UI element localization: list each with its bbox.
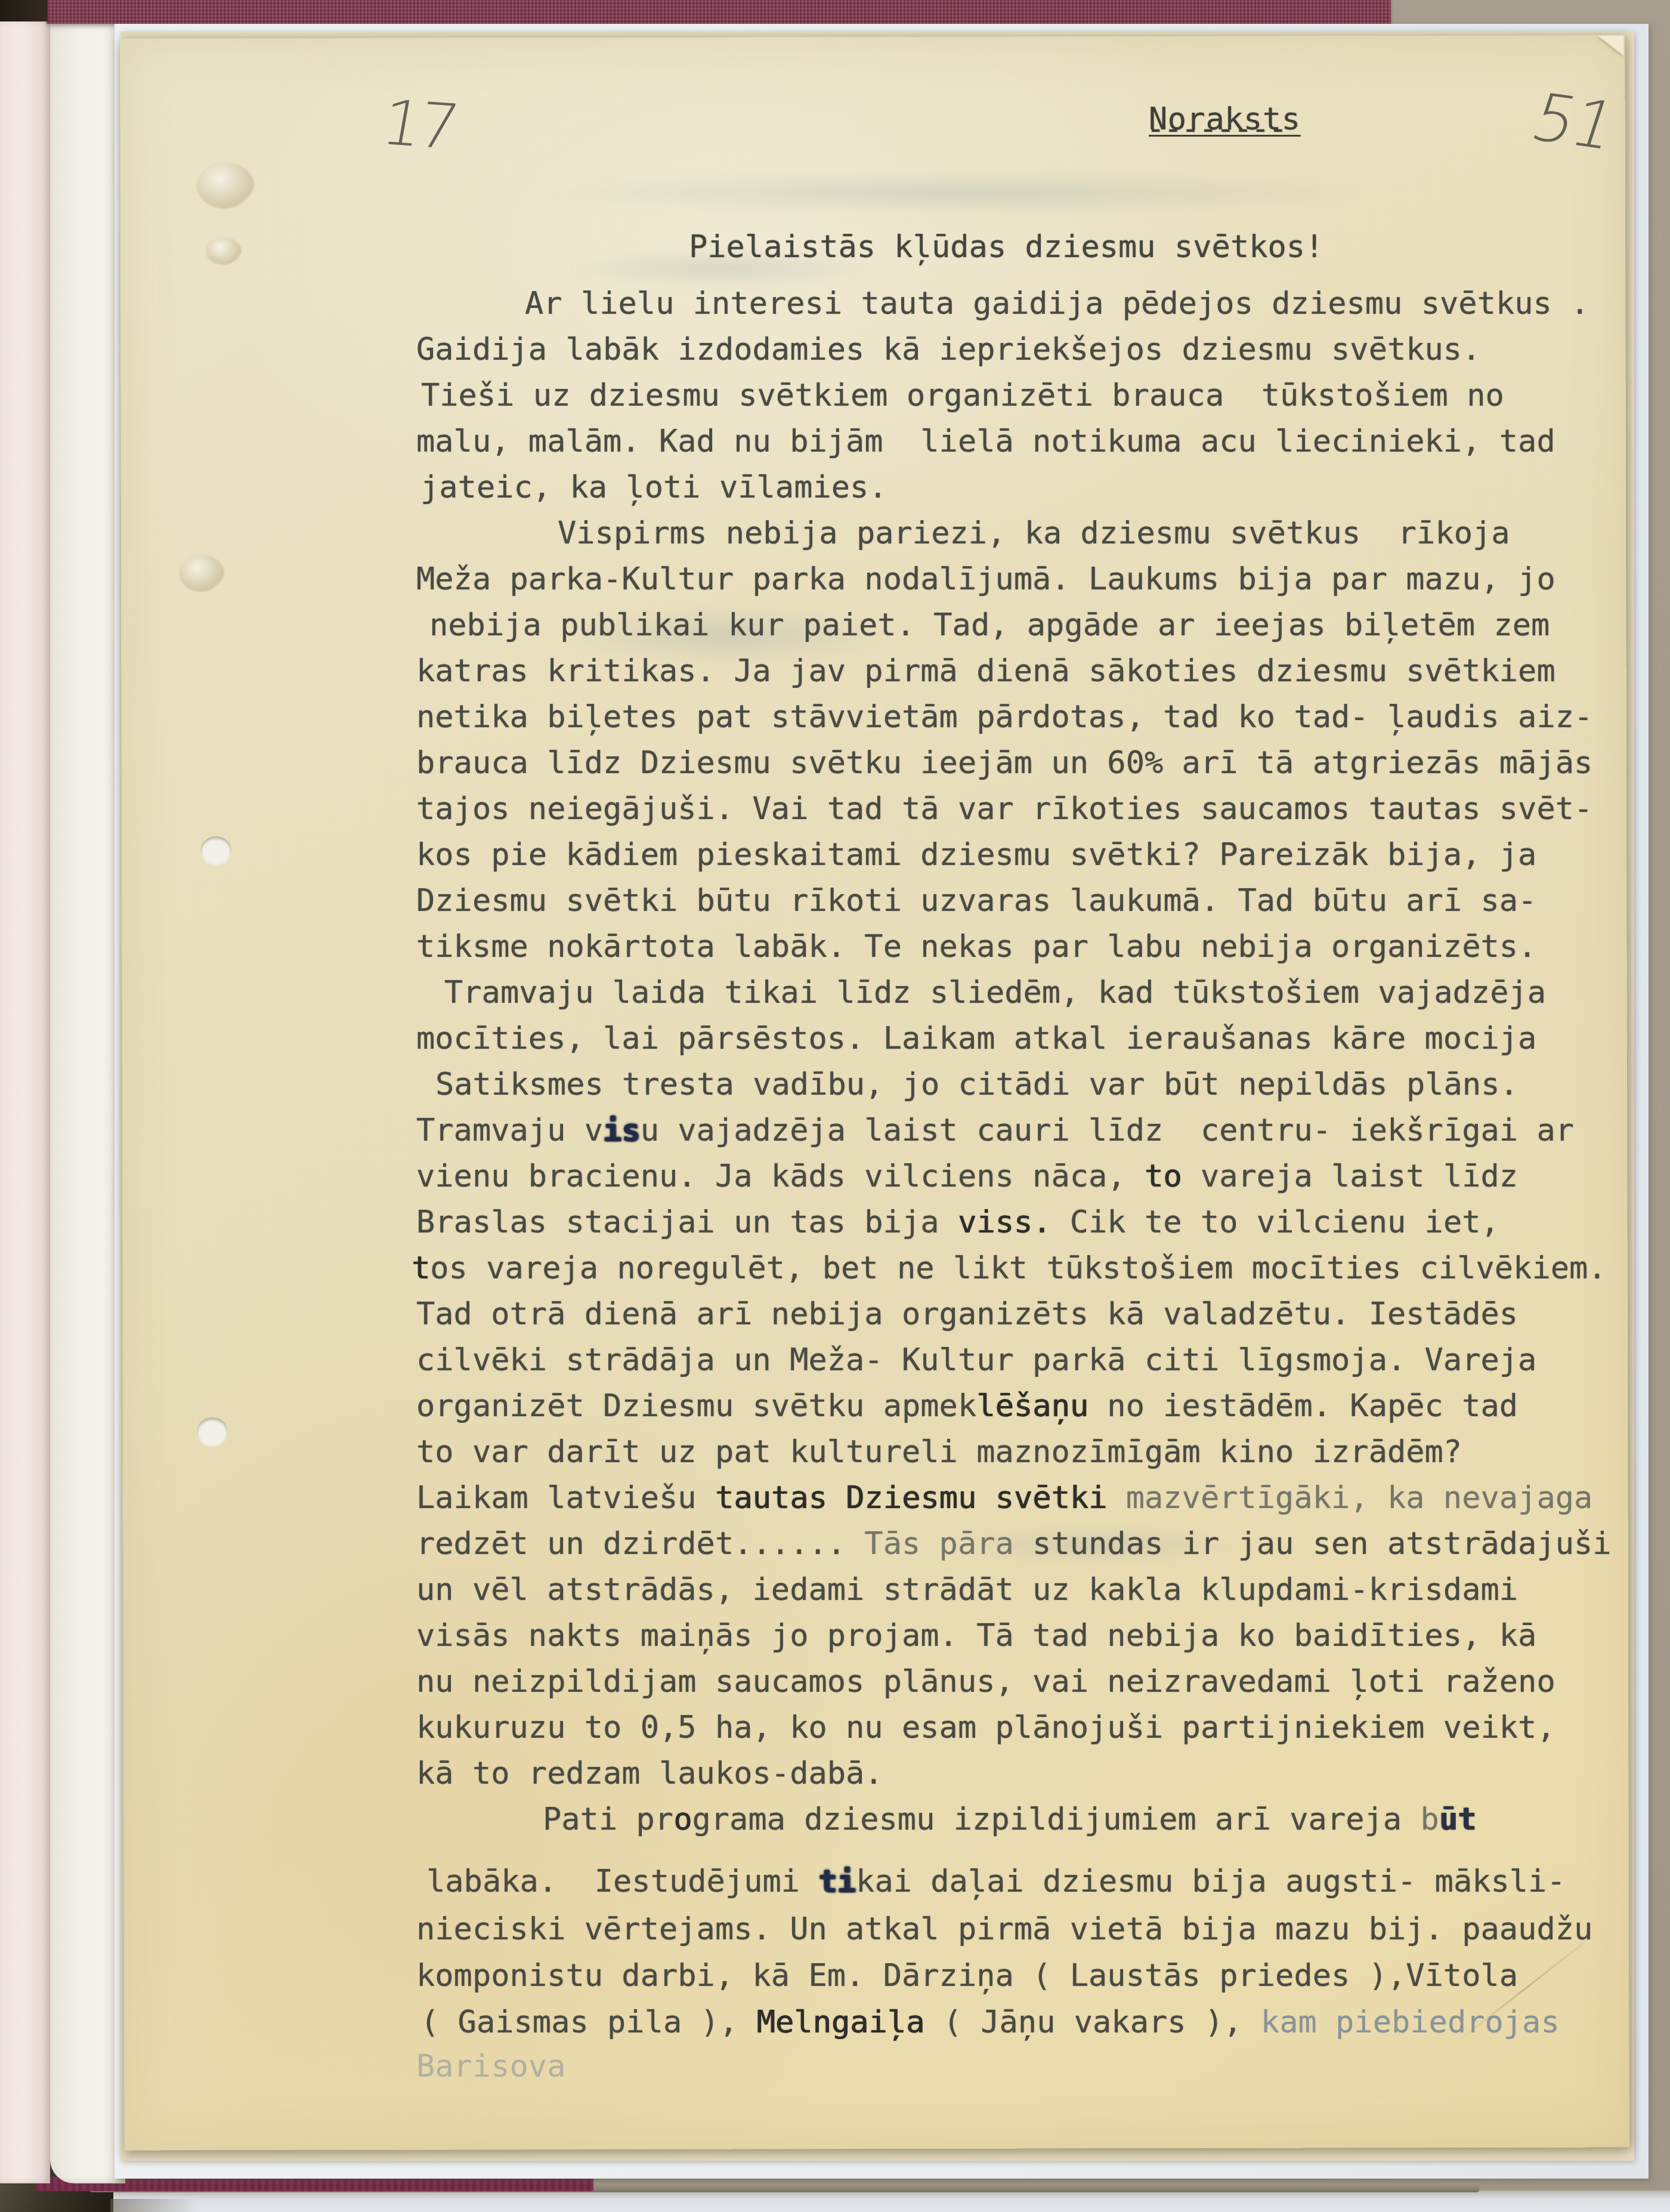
typewritten-line: Braslas stacijai un tas bija viss. Cik t… [416, 1207, 1499, 1238]
typewritten-segment: is [603, 1113, 641, 1148]
typewritten-segment: to var darīt uz pat kultureli maznozīmīg… [416, 1434, 1462, 1470]
typewritten-segment: malu, malām. Kad nu bijām lielā notikuma… [416, 424, 1555, 459]
typewritten-segment: komponistu darbi, kā Em. Dārziņa ( Laust… [416, 1958, 1518, 1994]
typewritten-line: komponistu darbi, kā Em. Dārziņa ( Laust… [416, 1960, 1518, 1991]
typewritten-segment: organizēt Dziesmu svētku apmek [416, 1388, 976, 1424]
typewritten-segment: kai daļai dziesmu bija augsti- māksli- [856, 1864, 1566, 1899]
typewritten-segment: Meža parka-Kultur parka nodalījumā. Lauk… [416, 561, 1555, 597]
typewritten-line: Laikam latviešu tautas Dziesmu svētki ma… [416, 1482, 1592, 1513]
typewritten-line: mocīties, lai pārsēstos. Laikam atkal ie… [416, 1023, 1536, 1054]
typewritten-line: tos vareja noregulēt, bet ne likt tūksto… [412, 1253, 1607, 1284]
typewritten-segment: nu neizpildijam saucamos plānus, vai nei… [416, 1664, 1555, 1700]
typewritten-line: Tramvaju laida tikai līdz sliedēm, kad t… [444, 977, 1546, 1008]
typewritten-segment: Cik te to vilcienu iet, [1051, 1204, 1499, 1240]
typewritten-line: labāka. Iestudējumi tikai daļai dziesmu … [426, 1866, 1566, 1897]
archive-scan: 17 51 Noraksts -------- Pielaistās kļūda… [0, 0, 1670, 2212]
typewritten-segment: kukuruzu to 0,5 ha, ko nu esam plānojuši… [416, 1710, 1555, 1745]
typewritten-segment: Barisova [416, 2049, 565, 2084]
typewritten-line: Pati programa dziesmu izpildijumiem arī … [543, 1804, 1476, 1835]
typewritten-segment: Gaidija labāk izdodamies kā iepriekšejos… [416, 332, 1480, 367]
typewritten-segment: grama dziesmu izpildijumiem arī vareja [692, 1802, 1420, 1837]
typewritten-segment: os vareja noregulēt, bet ne likt tūkstoš… [430, 1250, 1606, 1286]
typewritten-line: nu neizpildijam saucamos plānus, vai nei… [416, 1666, 1555, 1697]
typewritten-segment: mocīties, lai pārsēstos. Laikam atkal ie… [416, 1021, 1536, 1056]
typewritten-line: visās nakts maiņās jo projam. Tā tad neb… [416, 1620, 1536, 1651]
typewritten-line: Gaidija labāk izdodamies kā iepriekšejos… [416, 334, 1480, 365]
typewritten-line: malu, malām. Kad nu bijām lielā notikuma… [416, 426, 1555, 457]
typewritten-line: Tieši uz dziesmu svētkiem organizēti bra… [421, 380, 1504, 411]
typewritten-segment: netika biļetes pat stāvvietām pārdotas, … [416, 699, 1592, 735]
typewritten-line: katras kritikas. Ja jav pirmā dienā sāko… [416, 656, 1555, 687]
typewritten-segment: tiksme nokārtota labāk. Te nekas par lab… [416, 929, 1536, 965]
typewritten-segment: kam piebiedrojas [1261, 2004, 1560, 2040]
typewritten-line: jateic, ka ļoti vīlamies. [420, 472, 887, 503]
typewritten-segment: Ar lielu interesi tauta gaidija pēdejos … [525, 286, 1589, 322]
typewritten-segment: lēšaņu [976, 1388, 1088, 1424]
typewritten-segment: Laikam latviešu [416, 1480, 715, 1516]
typewritten-segment: Tramvaju laida tikai līdz sliedēm, kad t… [444, 975, 1546, 1011]
typewritten-line: Meža parka-Kultur parka nodalījumā. Lauk… [416, 564, 1555, 595]
typewritten-line: Barisova [416, 2051, 565, 2082]
typewritten-segment: b [1420, 1802, 1439, 1837]
typewritten-line: tiksme nokārtota labāk. Te nekas par lab… [416, 931, 1536, 962]
typewritten-segment: viss. [958, 1204, 1052, 1240]
typewritten-segment: Melngaiļa [757, 2004, 925, 2040]
typewritten-segment: Braslas stacijai un tas bija [416, 1204, 958, 1240]
typewritten-line: to var darīt uz pat kultureli maznozīmīg… [416, 1436, 1462, 1468]
typewritten-segment: ( Gaismas pila ), [420, 2004, 757, 2040]
typewritten-segment: brauca līdz Dziesmu svētku ieejām un 60%… [416, 745, 1592, 781]
typewritten-line: brauca līdz Dziesmu svētku ieejām un 60%… [416, 747, 1592, 778]
typewritten-line: Satiksmes tresta vadību, jo citādi var b… [435, 1069, 1519, 1100]
typewritten-segment: katras kritikas. Ja jav pirmā dienā sāko… [416, 653, 1555, 689]
typewritten-segment: no iestādēm. Kapēc tad [1088, 1388, 1518, 1424]
typewritten-segment: nieciski vērtejams. Un atkal pirmā vietā… [416, 1911, 1592, 1947]
typewritten-segment: ti [818, 1864, 856, 1899]
typewritten-line: organizēt Dziesmu svētku apmeklēšaņu no … [416, 1391, 1518, 1422]
typewritten-segment: nebija publikai kur paiet. Tad, apgāde a… [429, 607, 1550, 643]
typewritten-line: cilvēki strādāja un Meža- Kultur parkā c… [416, 1345, 1536, 1376]
typewritten-segment: t [412, 1250, 430, 1286]
typewritten-line: ( Gaismas pila ), Melngaiļa ( Jāņu vakar… [420, 2007, 1560, 2038]
typewritten-segment: ( Jāņu vakars ), [924, 2004, 1261, 2040]
typewritten-line: Ar lielu interesi tauta gaidija pēdejos … [525, 288, 1589, 319]
typewritten-segment: to [1145, 1158, 1182, 1194]
typewritten-line: kā to redzam laukos-dabā. [416, 1758, 883, 1789]
typewritten-segment: stundas ir jau sen atstrādajuši [1014, 1526, 1612, 1562]
typewritten-segment: Dziesmu svētki būtu rīkoti uzvaras lauku… [416, 883, 1536, 919]
typewritten-segment: visās nakts maiņās jo projam. Tā tad neb… [416, 1618, 1536, 1654]
typewritten-segment: Tās pāra [864, 1526, 1013, 1562]
typewritten-line: redzēt un dzirdēt...... Tās pāra stundas… [416, 1528, 1612, 1559]
typewritten-segment: Tad otrā dienā arī nebija organizēts kā … [416, 1296, 1518, 1332]
typewritten-line: kukuruzu to 0,5 ha, ko nu esam plānojuši… [416, 1712, 1555, 1743]
typewritten-line: tajos neiegājuši. Vai tad tā var rīkotie… [416, 793, 1592, 824]
typewritten-segment: Pati pr [543, 1802, 673, 1837]
typewritten-segment: Tieši uz dziesmu svētkiem organizēti bra… [421, 378, 1504, 413]
typewritten-line: nieciski vērtejams. Un atkal pirmā vietā… [416, 1914, 1592, 1945]
typewritten-line: kos pie kādiem pieskaitami dziesmu svētk… [416, 839, 1536, 870]
typewritten-line: un vēl atstrādās, iedami strādāt uz kakl… [416, 1574, 1518, 1605]
typewritten-line: vienu bracienu. Ja kāds vilciens nāca, t… [416, 1161, 1518, 1192]
typewritten-line: netika biļetes pat stāvvietām pārdotas, … [416, 702, 1592, 733]
typewritten-segment: u vajadzēja laist cauri līdz centru- iek… [641, 1113, 1574, 1148]
typewritten-segment: kos pie kādiem pieskaitami dziesmu svētk… [416, 837, 1536, 873]
typewritten-segment: tajos neiegājuši. Vai tad tā var rīkotie… [416, 791, 1592, 827]
typewritten-segment: vienu bracienu. Ja kāds vilciens nāca, [416, 1158, 1145, 1194]
typewritten-segment: redzēt un dzirdēt...... [416, 1526, 864, 1562]
typewritten-line: Dziesmu svētki būtu rīkoti uzvaras lauku… [416, 885, 1536, 916]
typewritten-segment: labāka. Iestudējumi [426, 1864, 818, 1899]
typewritten-segment: Vispirms nebija pariezi, ka dziesmu svēt… [558, 515, 1510, 551]
typewritten-line: Tramvaju visu vajadzēja laist cauri līdz… [416, 1115, 1574, 1146]
typewritten-segment: mazvērtīgāki, ka nevajaga [1126, 1480, 1593, 1516]
typewritten-segment: tautas Dziesmu svētki [715, 1480, 1126, 1516]
typewritten-segment: Tramvaju v [416, 1113, 603, 1148]
typewritten-body: Ar lielu interesi tauta gaidija pēdejos … [0, 0, 1670, 2212]
typewritten-segment: kā to redzam laukos-dabā. [416, 1756, 883, 1791]
typewritten-segment: vareja laist līdz [1182, 1158, 1519, 1194]
typewritten-line: Vispirms nebija pariezi, ka dziesmu svēt… [558, 518, 1510, 549]
typewritten-segment: un vēl atstrādās, iedami strādāt uz kakl… [416, 1572, 1518, 1608]
typewritten-segment: Satiksmes tresta vadību, jo citādi var b… [435, 1067, 1519, 1102]
typewritten-segment: jateic, ka ļoti vīlamies. [420, 469, 887, 505]
typewritten-line: Tad otrā dienā arī nebija organizēts kā … [416, 1299, 1518, 1330]
typewritten-line: nebija publikai kur paiet. Tad, apgāde a… [429, 610, 1550, 641]
typewritten-segment: cilvēki strādāja un Meža- Kultur parkā c… [416, 1342, 1536, 1378]
typewritten-segment: o [673, 1802, 692, 1837]
typewritten-segment: ūt [1439, 1802, 1477, 1837]
